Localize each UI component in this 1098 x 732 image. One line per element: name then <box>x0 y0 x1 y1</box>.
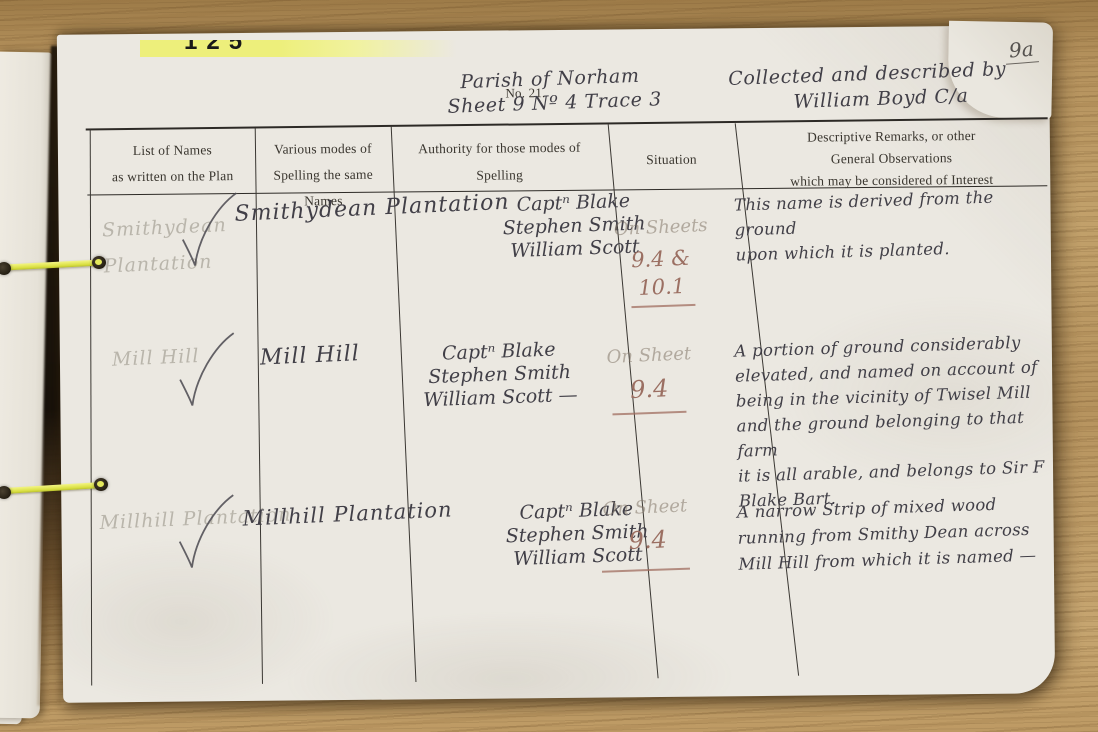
name-book-page: 9a Parish of Norham No. 21. Sheet 9 Nº 4… <box>57 25 1055 702</box>
remarks-entry: A portion of ground considerably elevate… <box>734 329 1064 514</box>
situation-underline <box>631 304 695 308</box>
situation-sheet-ref: 9.4 & 10.1 <box>604 243 718 304</box>
situation-note: On Sheet <box>593 343 706 369</box>
string-end <box>95 259 102 265</box>
column-header-authority: Authority for those modes of Spelling <box>391 133 609 189</box>
folio-number: 9a <box>1004 36 1039 65</box>
situation-sheet-ref: 9.4 <box>591 524 704 557</box>
situation-sheet-ref: 9.4 <box>593 373 706 406</box>
sheet-reference: Sheet 9 Nº 4 Trace 3 <box>447 88 662 118</box>
column-header-remarks: Descriptive Remarks, or other General Ob… <box>735 124 1049 193</box>
table-left-rule <box>90 129 93 685</box>
edge-tab-number: 125 <box>184 40 251 56</box>
authority-entry: Captⁿ Blake Stephen Smith William Scott … <box>401 337 598 413</box>
punch-hole <box>92 256 106 269</box>
situation-note: On Sheets <box>604 215 717 241</box>
spelling-entry: Mill Hill <box>259 341 360 370</box>
remarks-entry: This name is derived from the ground upo… <box>734 183 1051 268</box>
collector-name: William Boyd C/a <box>793 85 969 113</box>
column-header-situation: Situation <box>608 146 735 173</box>
column-header-names: List of Names as written on the Plan <box>90 137 255 191</box>
situation-note: On Sheet <box>587 495 703 521</box>
tick-mark-icon <box>173 493 244 578</box>
photographed-name-book: 9a Parish of Norham No. 21. Sheet 9 Nº 4… <box>0 0 1098 732</box>
punch-hole <box>94 478 108 491</box>
yellow-edge-tab: 125 <box>140 40 470 57</box>
situation-underline <box>612 411 686 415</box>
remarks-entry: A narrow Strip of mixed wood running fro… <box>737 490 1074 578</box>
string-end <box>97 481 104 487</box>
situation-underline <box>602 568 690 573</box>
tick-mark-icon <box>174 331 245 416</box>
